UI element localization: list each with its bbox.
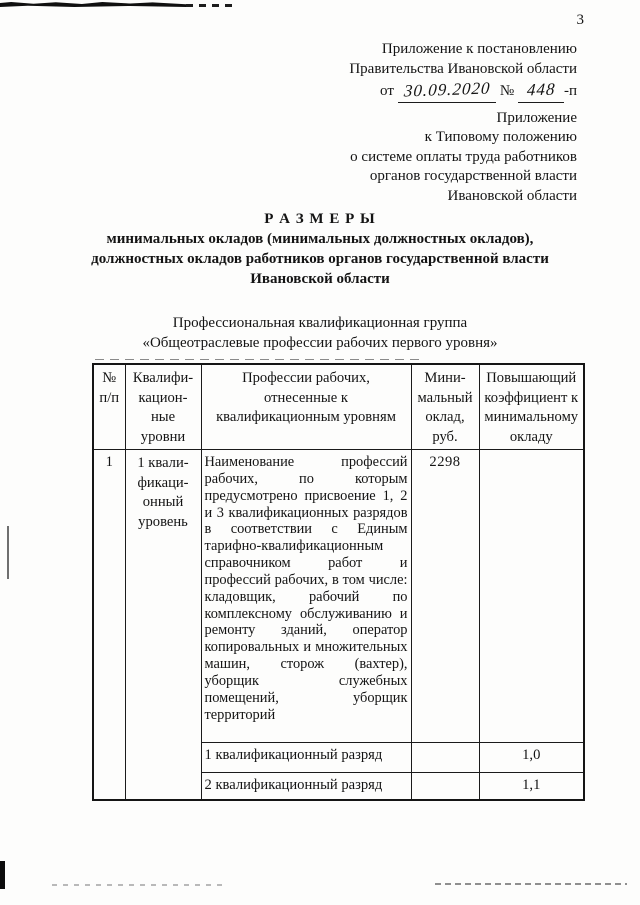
cell-grade-1-label: 1 квалификационный разряд <box>201 743 411 773</box>
number-underline: 448 <box>518 82 564 103</box>
cell-grade-1-coefficient: 1,0 <box>479 743 584 773</box>
table-row-main: 1 1 квали- фикаци- онный уровень Наимено… <box>93 450 584 743</box>
salary-table: № п/п Квалифи- кацион- ные уровни Профес… <box>92 363 585 801</box>
group-line1: Профессиональная квалификационная группа <box>0 313 640 333</box>
title-line3: должностных окладов работников органов г… <box>0 249 640 269</box>
scan-artifact-corner-mark <box>0 861 5 889</box>
cell-grade-1-salary-empty <box>411 743 479 773</box>
table-header-row: № п/п Квалифи- кацион- ные уровни Профес… <box>93 364 584 450</box>
cell-professions-text: Наименование профессий рабочих, по котор… <box>201 450 411 743</box>
header-raising-coefficient: Повышающий коэффициент к минимальному ок… <box>479 364 584 450</box>
handwritten-number: 448 <box>520 81 562 97</box>
document-title: Р А З М Е Р Ы минимальных окладов (миним… <box>0 209 640 289</box>
scan-artifact-left-line <box>7 526 9 579</box>
document-page: 3 Приложение к постановлению Правительст… <box>0 0 640 905</box>
scan-artifact-top-band <box>0 2 186 7</box>
cell-grade-2-label: 2 квалификационный разряд <box>201 773 411 800</box>
scan-artifact-bottom-dash-right <box>435 883 627 885</box>
appendix-reference-block: Приложение к постановлению Правительства… <box>349 40 577 103</box>
header-professions: Профессии рабочих, отнесенные к квалифик… <box>201 364 411 450</box>
date-underline: 30.09.2020 <box>398 82 497 103</box>
header-min-salary: Мини- мальный оклад, руб. <box>411 364 479 450</box>
title-line2: минимальных окладов (минимальных должнос… <box>0 229 640 249</box>
cell-row-number: 1 <box>93 450 125 800</box>
header-num: № п/п <box>93 364 125 450</box>
cell-grade-2-coefficient: 1,1 <box>479 773 584 800</box>
appendix-ref-line2: Правительства Ивановской области <box>349 60 577 80</box>
appendix-ref-line1: Приложение к постановлению <box>349 40 577 60</box>
date-prefix-label: от <box>380 83 394 99</box>
cell-coefficient-empty <box>479 450 584 743</box>
group-line2: «Общеотраслевые профессии рабочих первог… <box>0 333 640 353</box>
scan-artifact-table-top-dash <box>95 359 425 360</box>
number-sign-label: № <box>500 83 514 99</box>
appendix-target-block: Приложение к Типовому положению о систем… <box>350 109 577 206</box>
cell-qualification-level: 1 квали- фикаци- онный уровень <box>125 450 201 800</box>
title-line4: Ивановской области <box>0 269 640 289</box>
cell-grade-2-salary-empty <box>411 773 479 800</box>
number-suffix-label: -п <box>564 83 577 99</box>
scan-artifact-bottom-dash-left <box>52 884 227 886</box>
handwritten-date: 30.09.2020 <box>397 80 496 98</box>
header-qualification-levels: Квалифи- кацион- ные уровни <box>125 364 201 450</box>
page-number: 3 <box>577 12 585 29</box>
title-heading: Р А З М Е Р Ы <box>0 209 640 229</box>
scan-artifact-top-band-tail <box>186 4 238 7</box>
appendix-ref-date-number-line: от 30.09.2020 № 448-п <box>349 82 577 103</box>
cell-min-salary-value: 2298 <box>411 450 479 743</box>
qualification-group-subtitle: Профессиональная квалификационная группа… <box>0 313 640 353</box>
